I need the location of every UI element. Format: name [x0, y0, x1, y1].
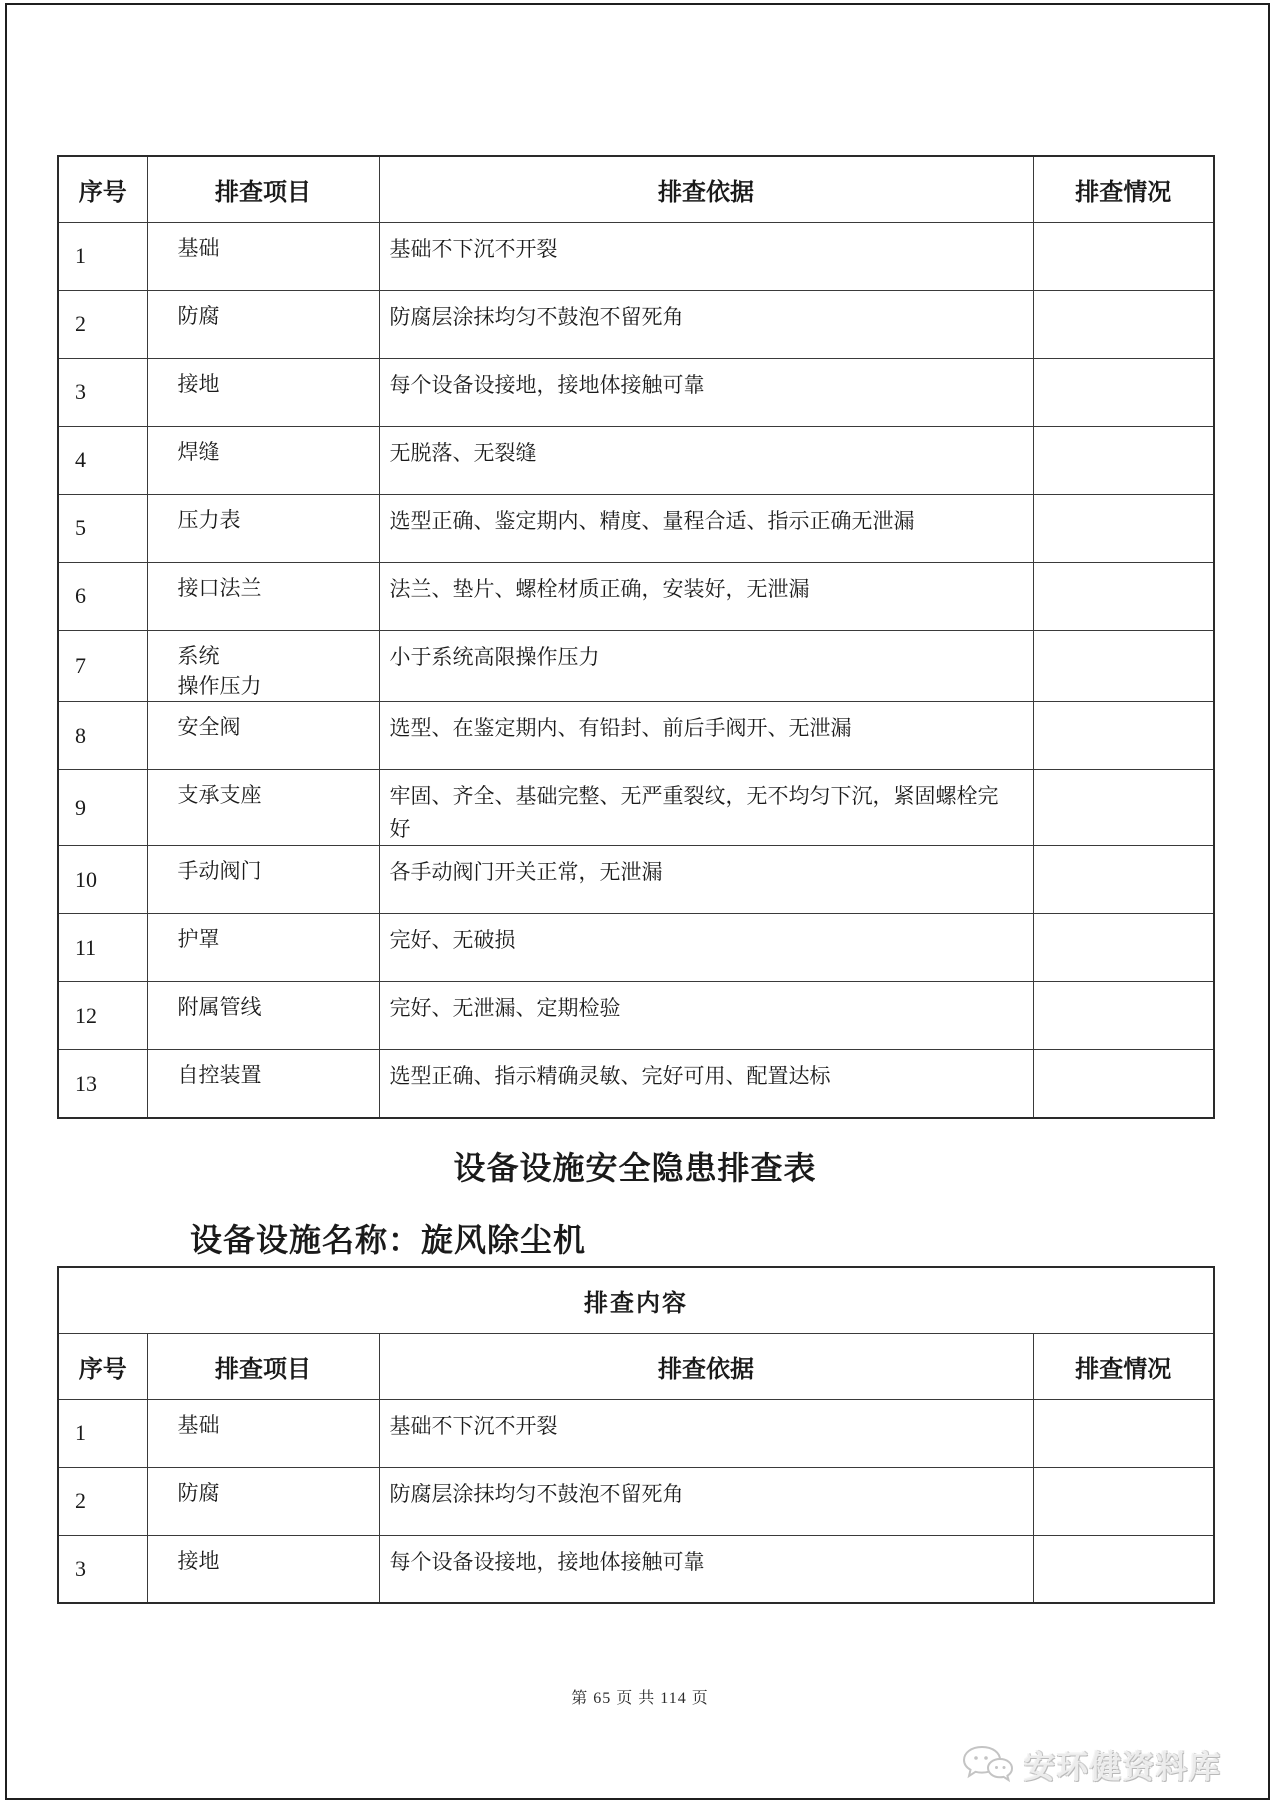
cell-item: 系统 操作压力 [147, 630, 379, 702]
cell-seq: 12 [58, 982, 147, 1050]
cell-seq: 6 [58, 562, 147, 630]
table-row: 2防腐防腐层涂抹均匀不鼓泡不留死角 [58, 1467, 1214, 1535]
cell-status [1033, 290, 1214, 358]
table1-header-row: 序号 排查项目 排查依据 排查情况 [58, 156, 1214, 222]
table-row: 13自控装置选型正确、指示精确灵敏、完好可用、配置达标 [58, 1050, 1214, 1118]
table1-body: 1基础基础不下沉不开裂2防腐防腐层涂抹均匀不鼓泡不留死角3接地每个设备设接地，接… [58, 222, 1214, 1118]
col-header-status: 排查情况 [1033, 156, 1214, 222]
col-header-basis: 排查依据 [379, 156, 1033, 222]
cell-seq: 13 [58, 1050, 147, 1118]
cell-item: 安全阀 [147, 702, 379, 770]
chat-bubbles-icon [962, 1745, 1014, 1785]
cell-basis: 每个设备设接地，接地体接触可靠 [379, 358, 1033, 426]
table-row: 11护罩完好、无破损 [58, 914, 1214, 982]
cell-status [1033, 358, 1214, 426]
cell-basis: 防腐层涂抹均匀不鼓泡不留死角 [379, 1467, 1033, 1535]
cell-basis: 基础不下沉不开裂 [379, 222, 1033, 290]
cell-item: 自控装置 [147, 1050, 379, 1118]
cell-seq: 7 [58, 630, 147, 702]
document-title: 设备设施安全隐患排查表 [57, 1143, 1213, 1189]
cell-item: 基础 [147, 1399, 379, 1467]
table-row: 12附属管线完好、无泄漏、定期检验 [58, 982, 1214, 1050]
cell-seq: 3 [58, 1535, 147, 1603]
cell-seq: 4 [58, 426, 147, 494]
cell-seq: 1 [58, 222, 147, 290]
table-row: 1基础基础不下沉不开裂 [58, 1399, 1214, 1467]
cell-item: 手动阀门 [147, 846, 379, 914]
cell-item: 焊缝 [147, 426, 379, 494]
cell-status [1033, 630, 1214, 702]
cell-status [1033, 1467, 1214, 1535]
cell-item: 防腐 [147, 290, 379, 358]
cell-status [1033, 1535, 1214, 1603]
cell-status [1033, 562, 1214, 630]
table-row: 6接口法兰法兰、垫片、螺栓材质正确，安装好，无泄漏 [58, 562, 1214, 630]
watermark-text: 安环健资料库 [1024, 1742, 1222, 1787]
cell-status [1033, 426, 1214, 494]
cell-status [1033, 1050, 1214, 1118]
cell-basis: 选型、在鉴定期内、有铅封、前后手阀开、无泄漏 [379, 702, 1033, 770]
table-row: 10手动阀门各手动阀门开关正常，无泄漏 [58, 846, 1214, 914]
table2-body: 1基础基础不下沉不开裂2防腐防腐层涂抹均匀不鼓泡不留死角3接地每个设备设接地，接… [58, 1399, 1214, 1603]
col-header-status: 排查情况 [1033, 1333, 1214, 1399]
table-row: 4焊缝无脱落、无裂缝 [58, 426, 1214, 494]
cell-status [1033, 982, 1214, 1050]
cell-item: 防腐 [147, 1467, 379, 1535]
equipment-name-line: 设备设施名称：旋风除尘机 [190, 1215, 586, 1261]
cell-status [1033, 770, 1214, 846]
cell-item: 接地 [147, 358, 379, 426]
table-row: 8安全阀选型、在鉴定期内、有铅封、前后手阀开、无泄漏 [58, 702, 1214, 770]
cell-basis: 基础不下沉不开裂 [379, 1399, 1033, 1467]
cell-item: 支承支座 [147, 770, 379, 846]
col-header-basis: 排查依据 [379, 1333, 1033, 1399]
merged-header-inspection-content: 排查内容 [58, 1267, 1214, 1333]
cell-basis: 法兰、垫片、螺栓材质正确，安装好，无泄漏 [379, 562, 1033, 630]
cell-item: 压力表 [147, 494, 379, 562]
cell-item: 接口法兰 [147, 562, 379, 630]
cell-status [1033, 1399, 1214, 1467]
cell-basis: 各手动阀门开关正常，无泄漏 [379, 846, 1033, 914]
cell-basis: 完好、无泄漏、定期检验 [379, 982, 1033, 1050]
col-header-item: 排查项目 [147, 156, 379, 222]
cell-item: 附属管线 [147, 982, 379, 1050]
cell-item: 接地 [147, 1535, 379, 1603]
cell-seq: 10 [58, 846, 147, 914]
table2-header-row: 序号 排查项目 排查依据 排查情况 [58, 1333, 1214, 1399]
table-row: 2防腐防腐层涂抹均匀不鼓泡不留死角 [58, 290, 1214, 358]
cell-basis: 完好、无破损 [379, 914, 1033, 982]
cell-status [1033, 222, 1214, 290]
col-header-item: 排查项目 [147, 1333, 379, 1399]
cell-seq: 1 [58, 1399, 147, 1467]
table-row: 5压力表选型正确、鉴定期内、精度、量程合适、指示正确无泄漏 [58, 494, 1214, 562]
table-row: 3接地每个设备设接地，接地体接触可靠 [58, 358, 1214, 426]
cell-seq: 5 [58, 494, 147, 562]
cell-item: 基础 [147, 222, 379, 290]
col-header-seq: 序号 [58, 156, 147, 222]
col-header-seq: 序号 [58, 1333, 147, 1399]
cell-basis: 每个设备设接地，接地体接触可靠 [379, 1535, 1033, 1603]
table-row: 7系统 操作压力小于系统高限操作压力 [58, 630, 1214, 702]
table-row: 1基础基础不下沉不开裂 [58, 222, 1214, 290]
cell-seq: 8 [58, 702, 147, 770]
cell-seq: 2 [58, 290, 147, 358]
cell-seq: 11 [58, 914, 147, 982]
cell-item: 护罩 [147, 914, 379, 982]
inspection-table-1: 序号 排查项目 排查依据 排查情况 1基础基础不下沉不开裂2防腐防腐层涂抹均匀不… [57, 155, 1215, 1119]
cell-status [1033, 494, 1214, 562]
cell-seq: 3 [58, 358, 147, 426]
page-number-footer: 第 65 页 共 114 页 [0, 1685, 1280, 1708]
table-row: 3接地每个设备设接地，接地体接触可靠 [58, 1535, 1214, 1603]
table-row: 9支承支座牢固、齐全、基础完整、无严重裂纹，无不均匀下沉，紧固螺栓完好 [58, 770, 1214, 846]
table2-merged-header-row: 排查内容 [58, 1267, 1214, 1333]
cell-seq: 2 [58, 1467, 147, 1535]
cell-basis: 无脱落、无裂缝 [379, 426, 1033, 494]
cell-basis: 选型正确、指示精确灵敏、完好可用、配置达标 [379, 1050, 1033, 1118]
cell-basis: 牢固、齐全、基础完整、无严重裂纹，无不均匀下沉，紧固螺栓完好 [379, 770, 1033, 846]
cell-status [1033, 846, 1214, 914]
cell-status [1033, 914, 1214, 982]
inspection-table-2: 排查内容 序号 排查项目 排查依据 排查情况 1基础基础不下沉不开裂2防腐防腐层… [57, 1266, 1215, 1604]
cell-basis: 选型正确、鉴定期内、精度、量程合适、指示正确无泄漏 [379, 494, 1033, 562]
cell-seq: 9 [58, 770, 147, 846]
cell-status [1033, 702, 1214, 770]
watermark: 安环健资料库 [962, 1742, 1222, 1787]
cell-basis: 小于系统高限操作压力 [379, 630, 1033, 702]
cell-basis: 防腐层涂抹均匀不鼓泡不留死角 [379, 290, 1033, 358]
